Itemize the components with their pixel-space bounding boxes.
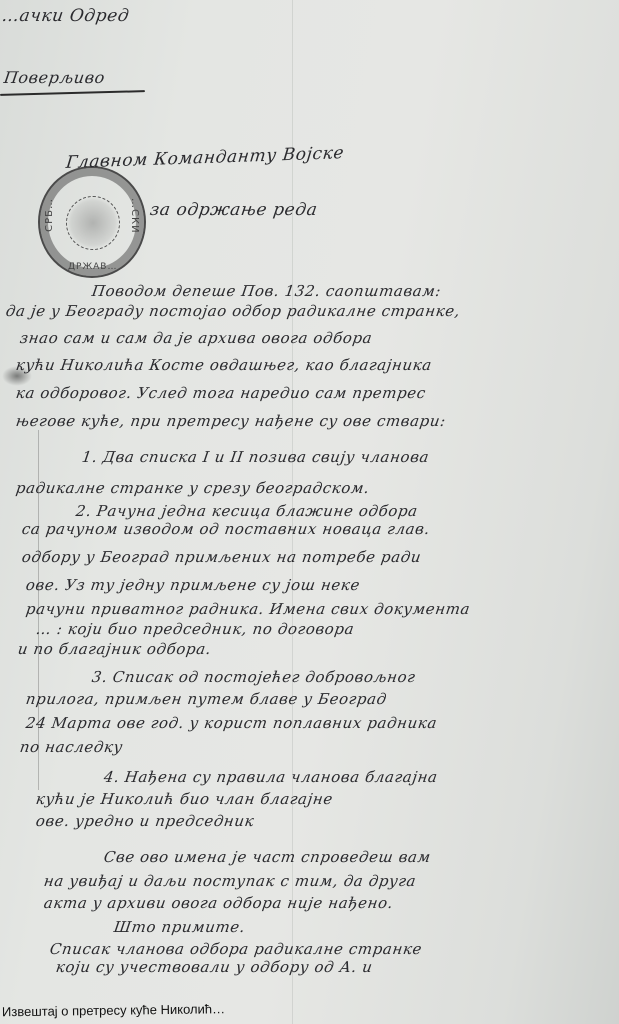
body-line: који су учествовали у одбору од А. и bbox=[55, 958, 374, 976]
addressee-line-2: за одржање реда bbox=[149, 200, 319, 220]
body-line: акта у архиви овога одбора није нађено. bbox=[43, 894, 395, 912]
body-line: 4. Нађена су правила чланова благајна bbox=[103, 768, 439, 786]
header-classification: Поверљиво bbox=[3, 68, 107, 87]
body-line: 1. Два списка I и II позива свију чланов… bbox=[81, 448, 431, 466]
body-line: на увиђај и даљи поступак с тим, да друг… bbox=[43, 872, 418, 890]
body-line: радикалне странке у срезу београдском. bbox=[15, 479, 371, 497]
archive-caption: Извештај о претресу куће Николић… bbox=[0, 994, 619, 1024]
body-line: Што примите. bbox=[113, 918, 247, 936]
body-line: 2. Рачуна једна кесица блажине одбора bbox=[75, 502, 419, 520]
seal-emblem bbox=[66, 196, 120, 250]
body-line: ка одборовог. Услед тога наредио сам пре… bbox=[15, 384, 427, 402]
body-line: кући Николића Косте овдашњег, као благај… bbox=[15, 356, 433, 374]
body-line: … : који био председник, по договора bbox=[35, 620, 356, 638]
body-line: његове куће, при претресу нађене су ове … bbox=[15, 412, 447, 430]
body-line: да је у Београду постојао одбор радикалн… bbox=[5, 302, 462, 320]
body-line: и по благајник одбора. bbox=[17, 640, 213, 658]
body-line: рачуни приватног радника. Имена свих док… bbox=[25, 600, 472, 618]
body-line: ове. уредно и председник bbox=[35, 812, 256, 830]
body-line: Списак чланова одбора радикалне странке bbox=[49, 940, 424, 958]
body-line: знао сам и сам да је архива овога одбора bbox=[19, 329, 374, 347]
classification-underline bbox=[0, 90, 145, 96]
body-line: кући је Николић био члан благајне bbox=[35, 790, 334, 808]
body-line: ове. Уз ту једну примљене су још неке bbox=[25, 576, 362, 594]
body-line: Све ово имена је част спроведеш вам bbox=[103, 848, 432, 866]
seal-text-bottom: ДРЖАВ… bbox=[68, 262, 117, 272]
seal-text-right: …СКИ bbox=[129, 198, 140, 234]
addressee-line-1: Главном Команданту Војске bbox=[65, 143, 345, 173]
body-line: по наследку bbox=[19, 738, 124, 756]
body-line: Поводом депеше Пов. 132. саопштавам: bbox=[91, 282, 443, 300]
body-line: 24 Марта ове год. у корист поплавних рад… bbox=[25, 714, 439, 732]
body-line: прилога, примљен путем блаве у Београд bbox=[25, 690, 388, 708]
header-unit: …ачки Одред bbox=[1, 6, 131, 26]
document-page: …ачки Одред Поверљиво СРБ… …СКИ ДРЖАВ… Г… bbox=[0, 0, 619, 1024]
official-seal: СРБ… …СКИ ДРЖАВ… bbox=[38, 166, 146, 278]
body-line: 3. Списак од постојећег добровољног bbox=[91, 668, 417, 686]
body-line: са рачуном изводом од поставних новаца г… bbox=[21, 520, 431, 538]
seal-text-left: СРБ… bbox=[44, 198, 55, 232]
body-line: одбору у Београд примљених на потребе ра… bbox=[21, 548, 423, 566]
